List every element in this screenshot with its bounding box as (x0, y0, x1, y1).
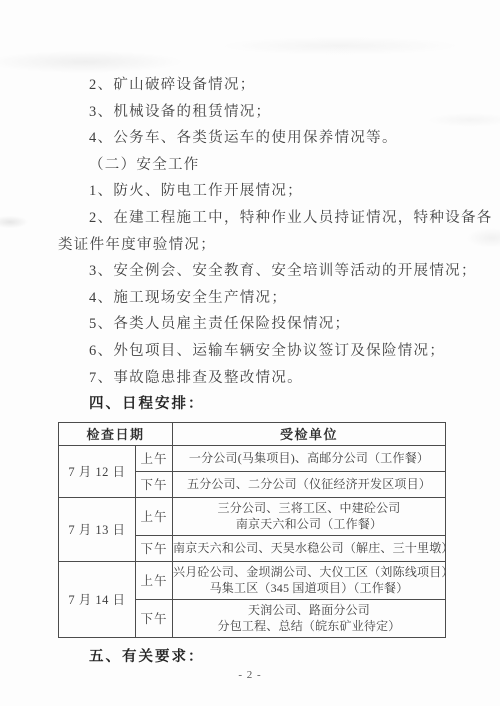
period-cell: 上午 (136, 445, 173, 471)
schedule-row: 7 月 14 日上午兴月砼公司、金坝湖公司、大仪工区（刘陈线项目） 马集工区（3… (59, 561, 446, 599)
schedule-row: 7 月 12 日上午一分公司(马集项目)、高邮分公司（工作餐） (59, 445, 446, 471)
schedule-row: 7 月 13 日上午三分公司、三将工区、中建砼公司 南京天六和公司（工作餐） (59, 497, 446, 535)
schedule-header-row: 检查日期 受检单位 (59, 422, 446, 445)
period-cell: 下午 (136, 535, 173, 561)
schedule-header-unit: 受检单位 (173, 422, 446, 445)
period-cell: 下午 (136, 599, 173, 637)
scanned-document-page: 2、矿山破碎设备情况；3、机械设备的租赁情况；4、公务车、各类货运车的使用保养情… (0, 0, 500, 706)
inspected-unit-cell: 南京天六和公司、天昊水稳公司（解庄、三十里墩） (173, 535, 446, 561)
body-text: 2、矿山破碎设备情况；3、机械设备的租赁情况；4、公务车、各类货运车的使用保养情… (58, 72, 445, 418)
inspected-unit-cell: 兴月砼公司、金坝湖公司、大仪工区（刘陈线项目） 马集工区（345 国道项目）（工… (173, 561, 446, 599)
inspected-unit-cell: 一分公司(马集项目)、高邮分公司（工作餐） (173, 445, 446, 471)
schedule-table: 检查日期 受检单位 7 月 12 日上午一分公司(马集项目)、高邮分公司（工作餐… (58, 422, 446, 638)
schedule-header-date: 检查日期 (59, 422, 173, 445)
period-cell: 上午 (136, 497, 173, 535)
body-line: 2、矿山破碎设备情况； (58, 72, 445, 99)
period-cell: 下午 (136, 471, 173, 497)
body-line: 3、机械设备的租赁情况； (58, 99, 445, 126)
body-line: 2、在建工程施工中，特种作业人员持证情况，特种设备各 (58, 205, 445, 232)
section-heading-requirements: 五、有关要求： (58, 645, 445, 669)
body-line: 4、公务车、各类货运车的使用保养情况等。 (58, 125, 445, 152)
inspected-unit-cell: 五分公司、二分公司（仪征经济开发区项目） (173, 471, 446, 497)
inspection-date-cell: 7 月 13 日 (59, 497, 136, 561)
body-line: 7、事故隐患排查及整改情况。 (58, 365, 445, 392)
body-line: 4、施工现场安全生产情况； (58, 285, 445, 312)
page-number: - 2 - (0, 669, 500, 681)
body-line: 3、安全例会、安全教育、安全培训等活动的开展情况； (58, 258, 445, 285)
body-line: 类证件年度审验情况； (58, 232, 445, 259)
body-line: 5、各类人员雇主责任保险投保情况； (58, 311, 445, 338)
schedule-table-body: 7 月 12 日上午一分公司(马集项目)、高邮分公司（工作餐）下午五分公司、二分… (59, 445, 446, 637)
period-cell: 上午 (136, 561, 173, 599)
document-content: 2、矿山破碎设备情况；3、机械设备的租赁情况；4、公务车、各类货运车的使用保养情… (58, 72, 445, 669)
body-line: 1、防火、防电工作开展情况； (58, 178, 445, 205)
body-line: 6、外包项目、运输车辆安全协议签订及保险情况； (58, 338, 445, 365)
inspected-unit-cell: 天润公司、路面分公司 分包工程、总结（皖东矿业待定） (173, 599, 446, 637)
inspected-unit-cell: 三分公司、三将工区、中建砼公司 南京天六和公司（工作餐） (173, 497, 446, 535)
inspection-date-cell: 7 月 12 日 (59, 445, 136, 497)
section-heading: 四、日程安排： (58, 391, 445, 418)
inspection-date-cell: 7 月 14 日 (59, 561, 136, 637)
body-line: （二）安全工作 (58, 152, 445, 179)
